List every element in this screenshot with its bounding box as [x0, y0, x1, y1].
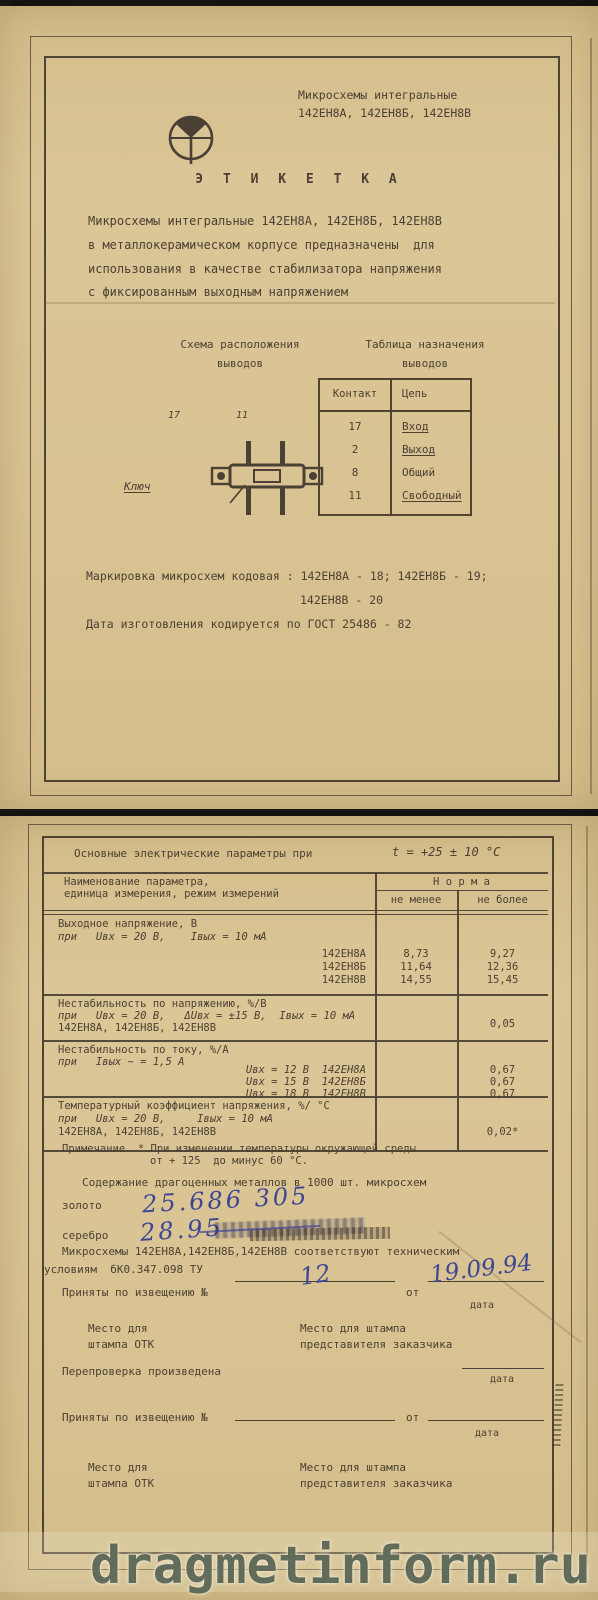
label-page-2: Основные электрические параметры при t =…: [0, 816, 598, 1600]
row1-min-b: 11,64: [375, 961, 457, 973]
row1-name2: при Uвх = 20 В, Iвых = 10 мА: [58, 931, 267, 943]
parameters-table: Основные электрические параметры при t =…: [44, 838, 548, 1152]
page1-edge-shadow: [590, 38, 592, 794]
row3-name1: Нестабильность по току, %/А: [58, 1044, 229, 1056]
row3-cond-a: Uвх = 12 В 142ЕН8А: [184, 1064, 366, 1076]
accepted2-date-caption: дата: [475, 1428, 499, 1439]
row3-cond-v: Uвх = 18 В 142ЕН8В: [184, 1088, 366, 1100]
pin-table-heading2: выводов: [335, 357, 515, 370]
row1-min-a: 8,73: [375, 948, 457, 960]
label-page-1: Микросхемы интегральные 142ЕН8А, 142ЕН8Б…: [0, 6, 598, 809]
pin-cell: 2: [320, 443, 390, 456]
row3-cond-b: Uвх = 15 В 142ЕН8Б: [184, 1076, 366, 1088]
recheck-label: Перепроверка произведена: [62, 1365, 221, 1378]
note-line1: Примечание. * При изменении температуры …: [62, 1143, 416, 1155]
recheck-date-blank: [462, 1368, 544, 1369]
page2-edge-shadow: [586, 826, 588, 1566]
recheck-date-caption: дата: [490, 1374, 514, 1385]
max-header: не более: [457, 894, 548, 906]
stamp-customer-line1: Место для штампа: [300, 1322, 406, 1335]
row4-name1: Температурный коэффициент напряжения, %/…: [58, 1100, 330, 1112]
pin-cell: 11: [320, 489, 390, 502]
description-line: с фиксированным выходным напряжением: [88, 285, 348, 299]
row1-max-a: 9,27: [457, 948, 548, 960]
net-cell: Выход: [402, 443, 435, 456]
date-code-line: Дата изготовления кодируется по ГОСТ 254…: [86, 617, 411, 631]
stamp-customer2-line1: Место для штампа: [300, 1461, 406, 1474]
row1-max-b: 12,36: [457, 961, 548, 973]
watermark-text: dragmetinform.ru: [90, 1536, 591, 1596]
pin-cell: 17: [320, 420, 390, 433]
row1-name1: Выходное напряжение, В: [58, 918, 197, 930]
description-line: в металлокерамическом корпусе предназнач…: [88, 238, 435, 252]
chip-package-diagram: 17 11 Ключ: [138, 402, 278, 520]
pin-assignment-table: Контакт Цепь 17 Вход 2 Выход 8 Общий 11 …: [318, 378, 472, 516]
conformity-line2: условиям бК0.347.098 ТУ: [44, 1263, 203, 1276]
row4-max: 0,02*: [457, 1126, 548, 1138]
gold-label: золото: [62, 1199, 102, 1212]
accepted2-label: Приняты по извещению №: [62, 1411, 208, 1424]
row2-name3: 142ЕН8А, 142ЕН8Б, 142ЕН8В: [58, 1022, 216, 1034]
row1-chip-a: 142ЕН8А: [244, 948, 366, 960]
param-header-line1: Наименование параметра,: [64, 876, 209, 888]
lead-bottom-right: [280, 487, 285, 515]
table-title-left: Основные электрические параметры при: [74, 847, 312, 860]
note-line2: от + 125 до минус 60 °С.: [150, 1155, 308, 1167]
row3-max-v: 0,67: [457, 1088, 548, 1100]
marking-line2: 142ЕН8В - 20: [300, 593, 383, 607]
row1-chip-b: 142ЕН8Б: [244, 961, 366, 973]
doc-header-line2: 142ЕН8А, 142ЕН8Б, 142ЕН8В: [298, 106, 471, 120]
row1-chip-v: 142ЕН8В: [244, 974, 366, 986]
row3-max-a: 0,67: [457, 1064, 548, 1076]
row1-max-v: 15,45: [457, 974, 548, 986]
row2-name2: при Uвх = 20 В, ΔUвх = ±15 В, Iвых = 10 …: [58, 1010, 355, 1022]
row4-name3: 142ЕН8А, 142ЕН8Б, 142ЕН8В: [58, 1126, 216, 1138]
norma-header: Н о р м а: [375, 876, 548, 888]
lead-top-left: [246, 441, 251, 465]
row3-name2: при Iвых ~ = 1,5 А: [58, 1056, 184, 1068]
accepted2-date-blank: [428, 1420, 544, 1421]
pin-table-heading1: Таблица назначения: [335, 338, 515, 351]
accepted2-number-blank: [235, 1420, 395, 1421]
flange-hole-left: [217, 472, 225, 480]
stamp-otk2-line1: Место для: [88, 1461, 148, 1474]
lead-top-right: [280, 441, 285, 465]
conformity-line1: Микросхемы 142ЕН8А,142ЕН8Б,142ЕН8В соотв…: [62, 1245, 459, 1258]
stamp-otk-line2: штампа ОТК: [88, 1338, 154, 1351]
accepted1-ot: от: [406, 1286, 419, 1299]
stamp-customer2-line2: представителя заказчика: [300, 1477, 452, 1490]
table-title-right: t = +25 ± 10 °С: [392, 845, 500, 859]
pin-number-17: 17: [168, 410, 180, 421]
net-cell: Общий: [402, 466, 435, 479]
doc-header-line1: Микросхемы интегральные: [298, 88, 457, 102]
pin-table-col1-header: Контакт: [320, 388, 390, 400]
silver-label: серебро: [62, 1229, 108, 1242]
package-cap: [254, 470, 280, 482]
pin-number-11: 11: [236, 410, 248, 421]
accepted2-ot: от: [406, 1411, 419, 1424]
factory-logo: [106, 92, 160, 148]
net-cell: Свободный: [402, 489, 462, 502]
stamp-customer-line2: представителя заказчика: [300, 1338, 452, 1351]
pin-diagram-heading2: выводов: [150, 357, 330, 370]
pin-diagram-heading1: Схема расположения: [150, 338, 330, 351]
param-header-line2: единица измерения, режим измерений: [64, 888, 279, 900]
lead-bottom-left: [246, 487, 251, 515]
page1-crease: [45, 302, 555, 304]
accepted1-number-handwritten: 12: [298, 1259, 332, 1291]
key-label: Ключ: [124, 480, 151, 493]
accepted1-label: Приняты по извещению №: [62, 1286, 208, 1299]
marking-line1: Маркировка микросхем кодовая : 142ЕН8А -…: [86, 569, 488, 583]
row1-min-v: 14,55: [375, 974, 457, 986]
row4-name2: при Uвх = 20 В, Iвых = 10 мА: [58, 1113, 273, 1125]
page-title: Э Т И К Е Т К А: [0, 172, 598, 187]
row3-max-b: 0,67: [457, 1076, 548, 1088]
description-line: использования в качестве стабилизатора н…: [88, 262, 442, 276]
row2-max: 0,05: [457, 1018, 548, 1030]
page-seam: [0, 809, 440, 812]
accepted1-date-caption: дата: [470, 1300, 494, 1311]
stamp-otk2-line2: штампа ОТК: [88, 1477, 154, 1490]
scanned-document: Микросхемы интегральные 142ЕН8А, 142ЕН8Б…: [0, 0, 598, 1600]
min-header: не менее: [375, 894, 457, 906]
pin-cell: 8: [320, 466, 390, 479]
row2-name1: Нестабильность по напряжению, %/В: [58, 998, 267, 1010]
stamp-otk-line1: Место для: [88, 1322, 148, 1335]
flange-hole-right: [309, 472, 317, 480]
package-body: [230, 465, 304, 487]
pin-table-col2-header: Цепь: [402, 388, 427, 400]
net-cell: Вход: [402, 420, 429, 433]
description-line: Микросхемы интегральные 142ЕН8А, 142ЕН8Б…: [88, 214, 442, 228]
